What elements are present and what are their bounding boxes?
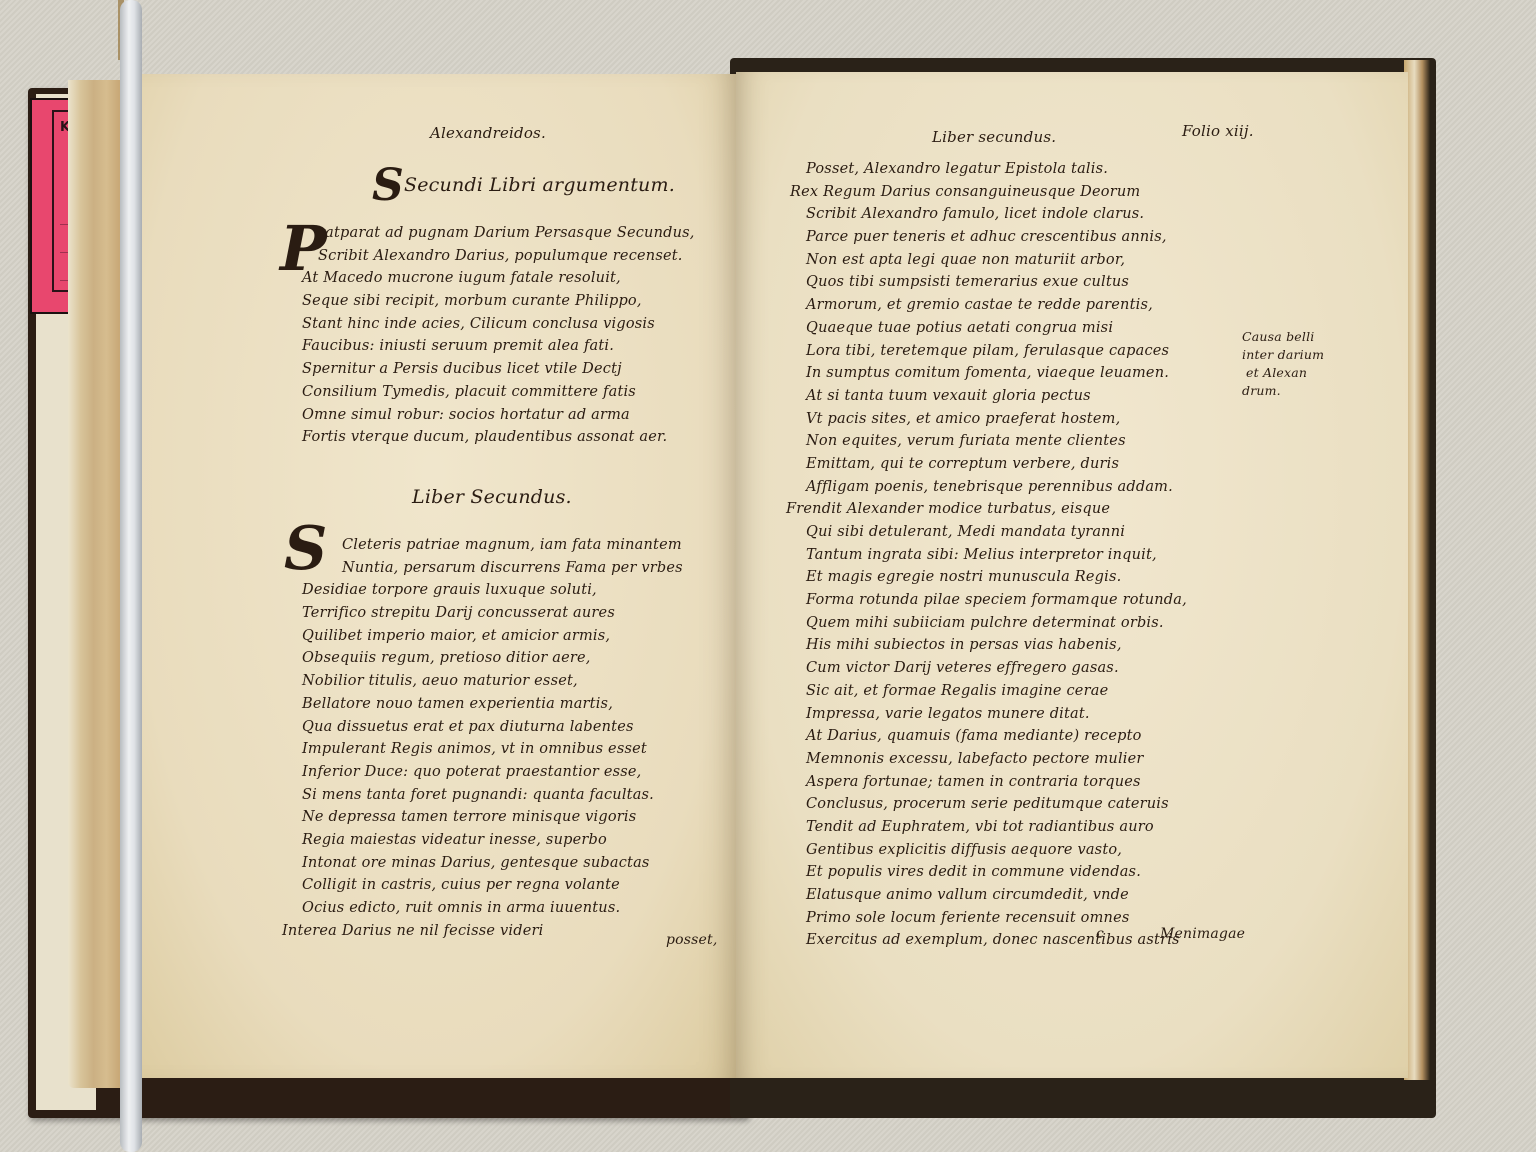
verse-line: Tantum ingrata sibi: Melius interpretor … <box>806 544 1187 567</box>
margin-note-line: drum. <box>1242 382 1324 400</box>
verse-line: Ocius edicto, ruit omnis in arma iuuentu… <box>302 897 683 920</box>
verse-line: Qui sibi detulerant, Medi mandata tyrann… <box>806 521 1187 544</box>
verse-line: Conclusus, procerum serie peditumque cat… <box>806 793 1187 816</box>
verse-line: Ne depressa tamen terrore minisque vigor… <box>302 806 683 829</box>
signature-mark: c <box>1096 926 1104 942</box>
verse-line: Impressa, varie legatos munere ditat. <box>806 703 1187 726</box>
verse-line: Si mens tanta foret pugnandi: quanta fac… <box>302 784 683 807</box>
argument-verses: ratparat ad pugnam Darium Persasque Secu… <box>318 222 695 449</box>
verse-line: Rex Regum Darius consanguineusque Deorum <box>790 181 1187 204</box>
verse-line: Parce puer teneris et adhuc crescentibus… <box>806 226 1187 249</box>
verse-line: At Darius, quamuis (fama mediante) recep… <box>806 725 1187 748</box>
verse-line: Et magis egregie nostri munuscula Regis. <box>806 566 1187 589</box>
verse-line: Vt pacis sites, et amico praeferat hoste… <box>806 408 1187 431</box>
verse-line: Terrifico strepitu Darij concusserat aur… <box>302 602 683 625</box>
verse-line: ratparat ad pugnam Darium Persasque Secu… <box>318 222 695 245</box>
verse-line: Primo sole locum feriente recensuit omne… <box>806 907 1187 930</box>
verse-line: Forma rotunda pilae speciem formamque ro… <box>806 589 1187 612</box>
verse-line: Fortis vterque ducum, plaudentibus asson… <box>302 426 695 449</box>
verse-line: In sumptus comitum fomenta, viaeque leua… <box>806 362 1187 385</box>
verse-line: Impulerant Regis animos, vt in omnibus e… <box>302 738 683 761</box>
verse-line: Stant hinc inde acies, Cilicum conclusa … <box>302 313 695 336</box>
verse-line: Nuntia, persarum discurrens Fama per vrb… <box>342 557 683 580</box>
verse-line: Aspera fortunae; tamen in contraria torq… <box>806 771 1187 794</box>
verse-line: Cleteris patriae magnum, iam fata minant… <box>342 534 683 557</box>
verse-line: Seque sibi recipit, morbum curante Phili… <box>302 290 695 313</box>
verse-line: Colligit in castris, cuius per regna vol… <box>302 874 683 897</box>
verse-line: Affligam poenis, tenebrisque perennibus … <box>806 476 1187 499</box>
verse-line: Faucibus: iniusti seruum premit alea fat… <box>302 335 695 358</box>
verse-line: Armorum, et gremio castae te redde paren… <box>806 294 1187 317</box>
book-verses: Cleteris patriae magnum, iam fata minant… <box>302 534 683 942</box>
verse-line: Cum victor Darij veteres effregero gasas… <box>806 657 1187 680</box>
verse-line: Quaeque tuae potius aetati congrua misi <box>806 317 1187 340</box>
margin-note-line: et Alexan <box>1246 364 1324 382</box>
verse-line: Exercitus ad exemplum, donec nascentibus… <box>806 929 1187 952</box>
margin-note-line: Causa belli <box>1242 328 1324 346</box>
left-catchword: posset, <box>666 932 718 948</box>
margin-note-line: inter darium <box>1242 346 1324 364</box>
verse-line: Quilibet imperio maior, et amicior armis… <box>302 625 683 648</box>
verse-line: Lora tibi, teretemque pilam, ferulasque … <box>806 340 1187 363</box>
verse-line: Non est apta legi quae non maturiit arbo… <box>806 249 1187 272</box>
verse-line: Memnonis excessu, labefacto pectore muli… <box>806 748 1187 771</box>
verse-line: Sic ait, et formae Regalis imagine cerae <box>806 680 1187 703</box>
verse-line: Posset, Alexandro legatur Epistola talis… <box>806 158 1187 181</box>
verse-line: At si tanta tuum vexauit gloria pectus <box>806 385 1187 408</box>
verse-line: Interea Darius ne nil fecisse videri <box>282 920 683 943</box>
folio-number: Folio xiij. <box>1182 122 1254 140</box>
argument-title-initial: S <box>372 160 404 211</box>
verse-line: Intonat ore minas Darius, gentesque suba… <box>302 852 683 875</box>
verse-line: Desidiae torpore grauis luxuque soluti, <box>302 579 683 602</box>
verse-line: Tendit ad Euphratem, vbi tot radiantibus… <box>806 816 1187 839</box>
verse-line: Emittam, qui te correptum verbere, duris <box>806 453 1187 476</box>
verse-line: Scribit Alexandro Darius, populumque rec… <box>318 245 695 268</box>
verse-line: His mihi subiectos in persas vias habeni… <box>806 634 1187 657</box>
verse-line: Scribit Alexandro famulo, licet indole c… <box>806 203 1187 226</box>
bookmark-ribbon <box>120 0 142 1152</box>
verse-line: At Macedo mucrone iugum fatale resoluit, <box>302 267 695 290</box>
left-running-head: Alexandreidos. <box>430 124 546 142</box>
argument-title: Secundi Libri argumentum. <box>404 174 675 196</box>
right-running-head: Liber secundus. <box>932 128 1056 146</box>
verse-line: Gentibus explicitis diffusis aequore vas… <box>806 839 1187 862</box>
verse-line: Omne simul robur: socios hortatur ad arm… <box>302 404 695 427</box>
verse-line: Quos tibi sumpsisti temerarius exue cult… <box>806 271 1187 294</box>
verse-line: Frendit Alexander modice turbatus, eisqu… <box>786 498 1187 521</box>
verse-line: Elatusque animo vallum circumdedit, vnde <box>806 884 1187 907</box>
verse-line: Spernitur a Persis ducibus licet vtile D… <box>302 358 695 381</box>
verse-line: Non equites, verum furiata mente cliente… <box>806 430 1187 453</box>
verse-line: Bellatore nouo tamen experientia martis, <box>302 693 683 716</box>
verse-line: Et populis vires dedit in commune vidend… <box>806 861 1187 884</box>
verse-line: Obsequiis regum, pretioso ditior aere, <box>302 647 683 670</box>
verse-line: Nobilior titulis, aeuo maturior esset, <box>302 670 683 693</box>
verse-line: Regia maiestas videatur inesse, superbo <box>302 829 683 852</box>
right-catchword: Menimagae <box>1160 926 1245 942</box>
right-verses: Posset, Alexandro legatur Epistola talis… <box>806 158 1187 952</box>
verse-line: Consilium Tymedis, placuit committere fa… <box>302 381 695 404</box>
verse-line: Quem mihi subiiciam pulchre determinat o… <box>806 612 1187 635</box>
book-title: Liber Secundus. <box>412 486 572 508</box>
verse-line: Inferior Duce: quo poterat praestantior … <box>302 761 683 784</box>
margin-note: Causa belli inter darium et Alexan drum. <box>1242 328 1324 400</box>
verse-line: Qua dissuetus erat et pax diuturna laben… <box>302 716 683 739</box>
